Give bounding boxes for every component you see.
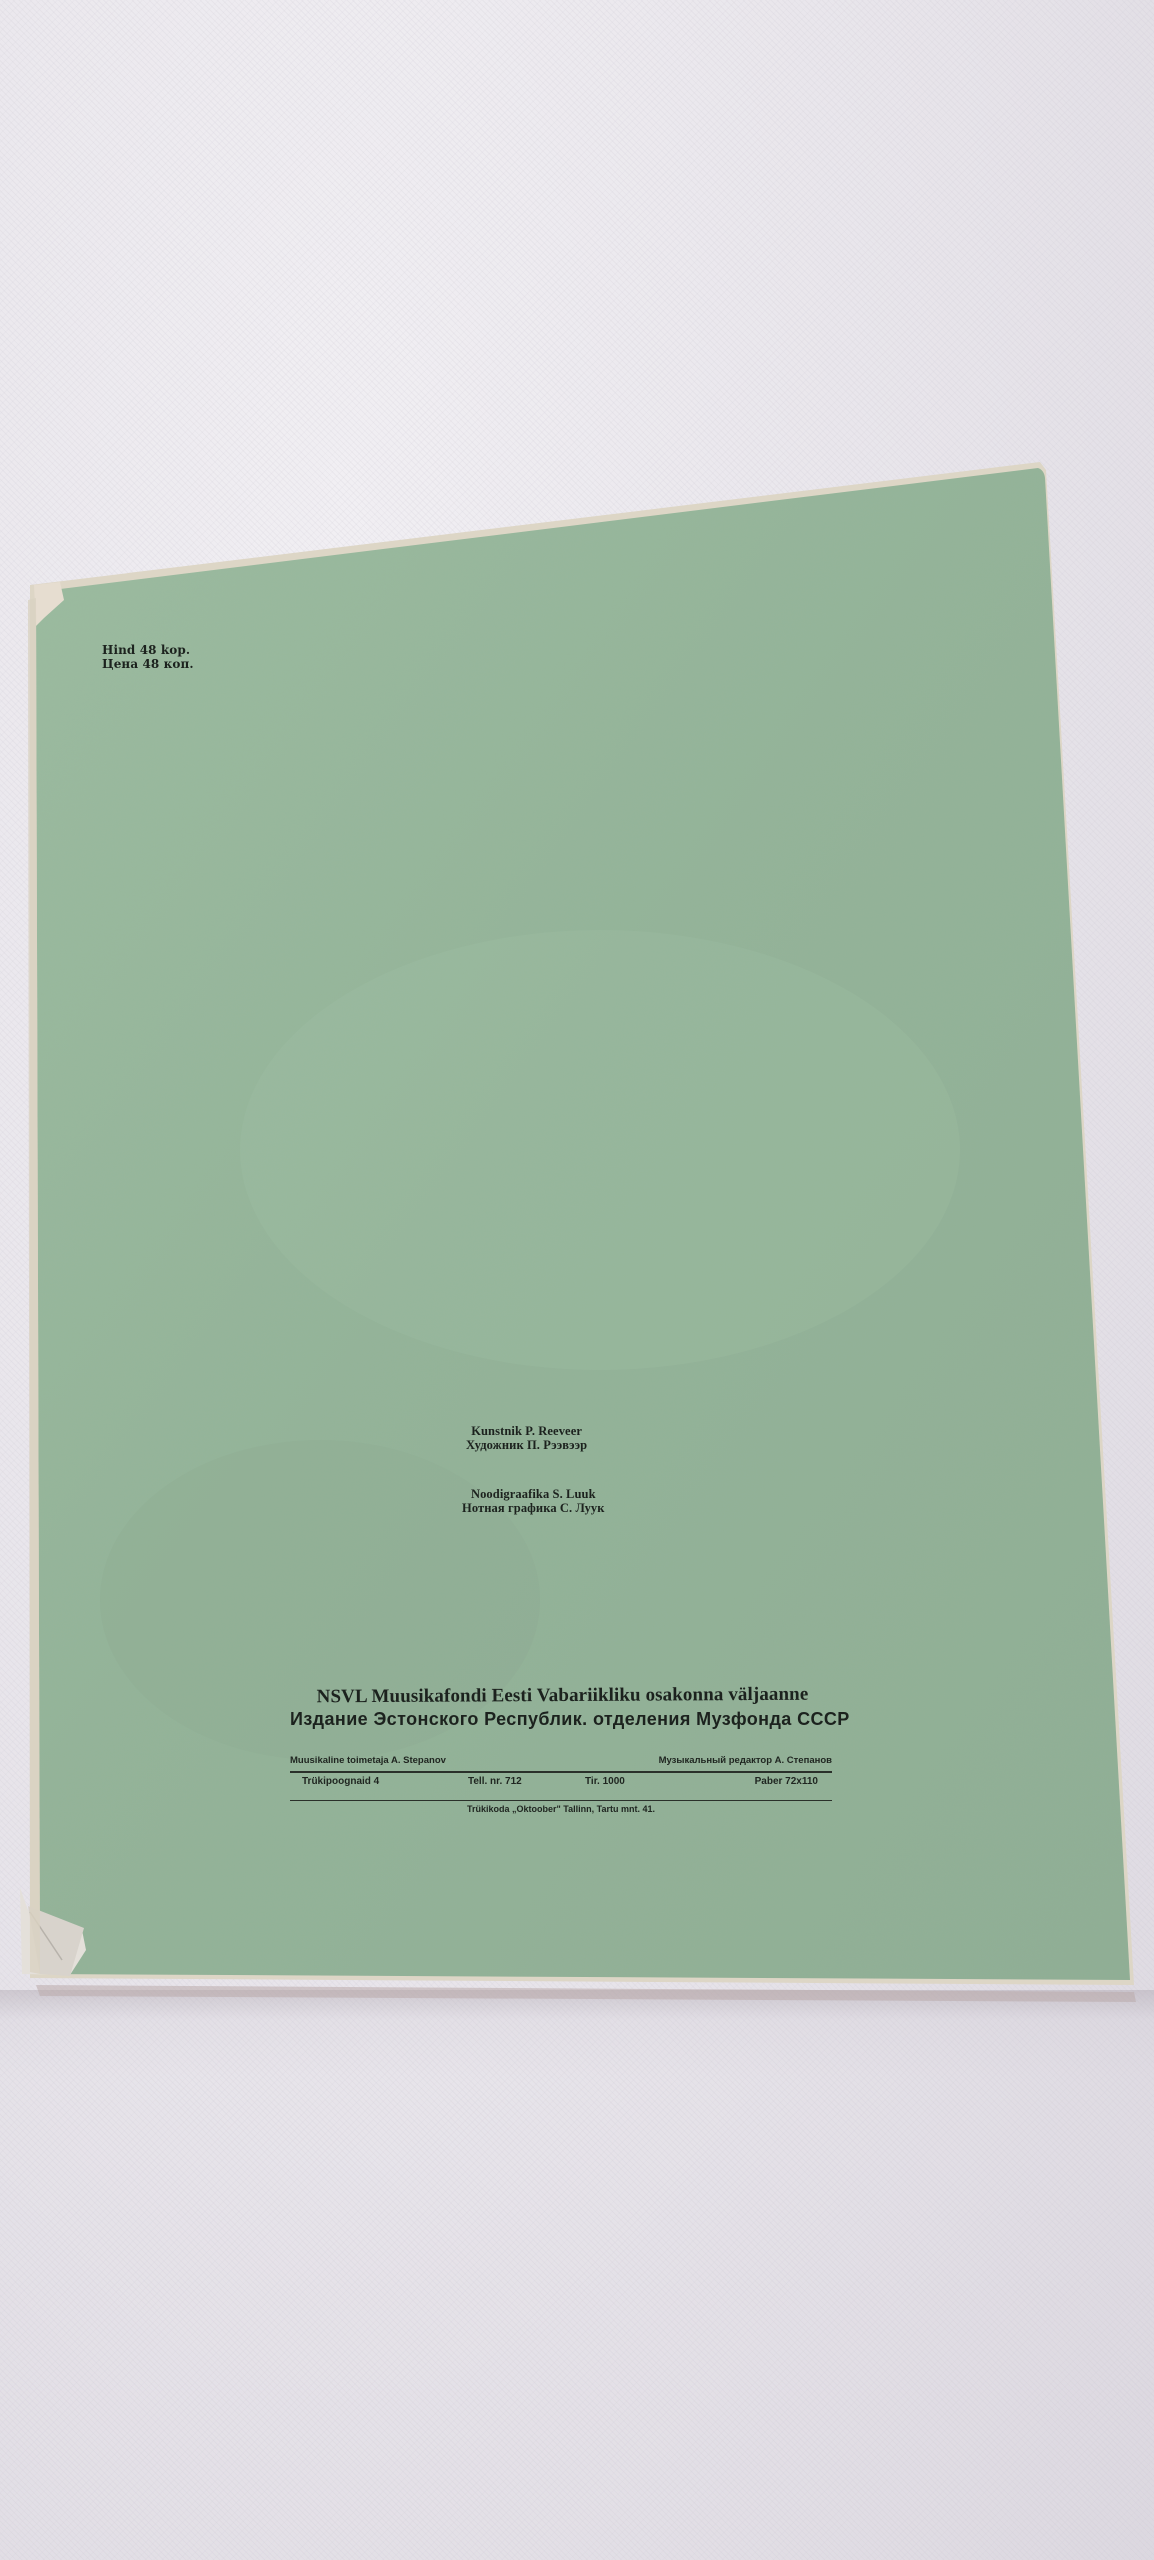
print-run: Tir. 1000 [585,1776,625,1787]
price-label: Hind 48 kop. Цена 48 коп. [102,643,194,671]
artist-credit-russian: Художник П. Рээвээр [466,1438,587,1452]
editor-russian: Музыкальный редактор А. Степанов [659,1755,832,1766]
imprint-block: Muusikaline toimetaja A. Stepanov Музыка… [290,1754,832,1819]
publisher-block: NSVL Muusikafondi Eesti Vabariikliku osa… [290,1685,835,1731]
publisher-russian: Издание Эстонского Республик. отделения … [290,1707,835,1731]
artist-credit-estonian: Kunstnik P. Reeveer [466,1424,587,1438]
order-number: Tell. nr. 712 [468,1776,522,1787]
cover-shape [0,0,1154,2560]
price-russian: Цена 48 коп. [102,657,194,671]
paper-format: Paber 72x110 [755,1776,818,1787]
editor-estonian: Muusikaline toimetaja A. Stepanov [290,1755,446,1766]
imprint-divider-bottom [290,1800,832,1802]
imprint-divider-top [290,1771,832,1773]
publisher-estonian: NSVL Muusikafondi Eesti Vabariikliku osa… [290,1684,835,1709]
printer-address: Trükikoda „Oktoober" Tallinn, Tartu mnt.… [290,1804,832,1814]
notation-credit: Noodigraafika S. Luuk Нотная графика С. … [462,1487,605,1515]
artist-credit: Kunstnik P. Reeveer Художник П. Рээвээр [466,1424,587,1452]
booklet-back-cover: Hind 48 kop. Цена 48 коп. Kunstnik P. Re… [0,0,1154,2560]
notation-credit-russian: Нотная графика С. Луук [462,1501,605,1515]
print-sheets: Trükipoognaid 4 [302,1776,379,1787]
price-estonian: Hind 48 kop. [102,643,194,657]
notation-credit-estonian: Noodigraafika S. Luuk [462,1487,605,1501]
